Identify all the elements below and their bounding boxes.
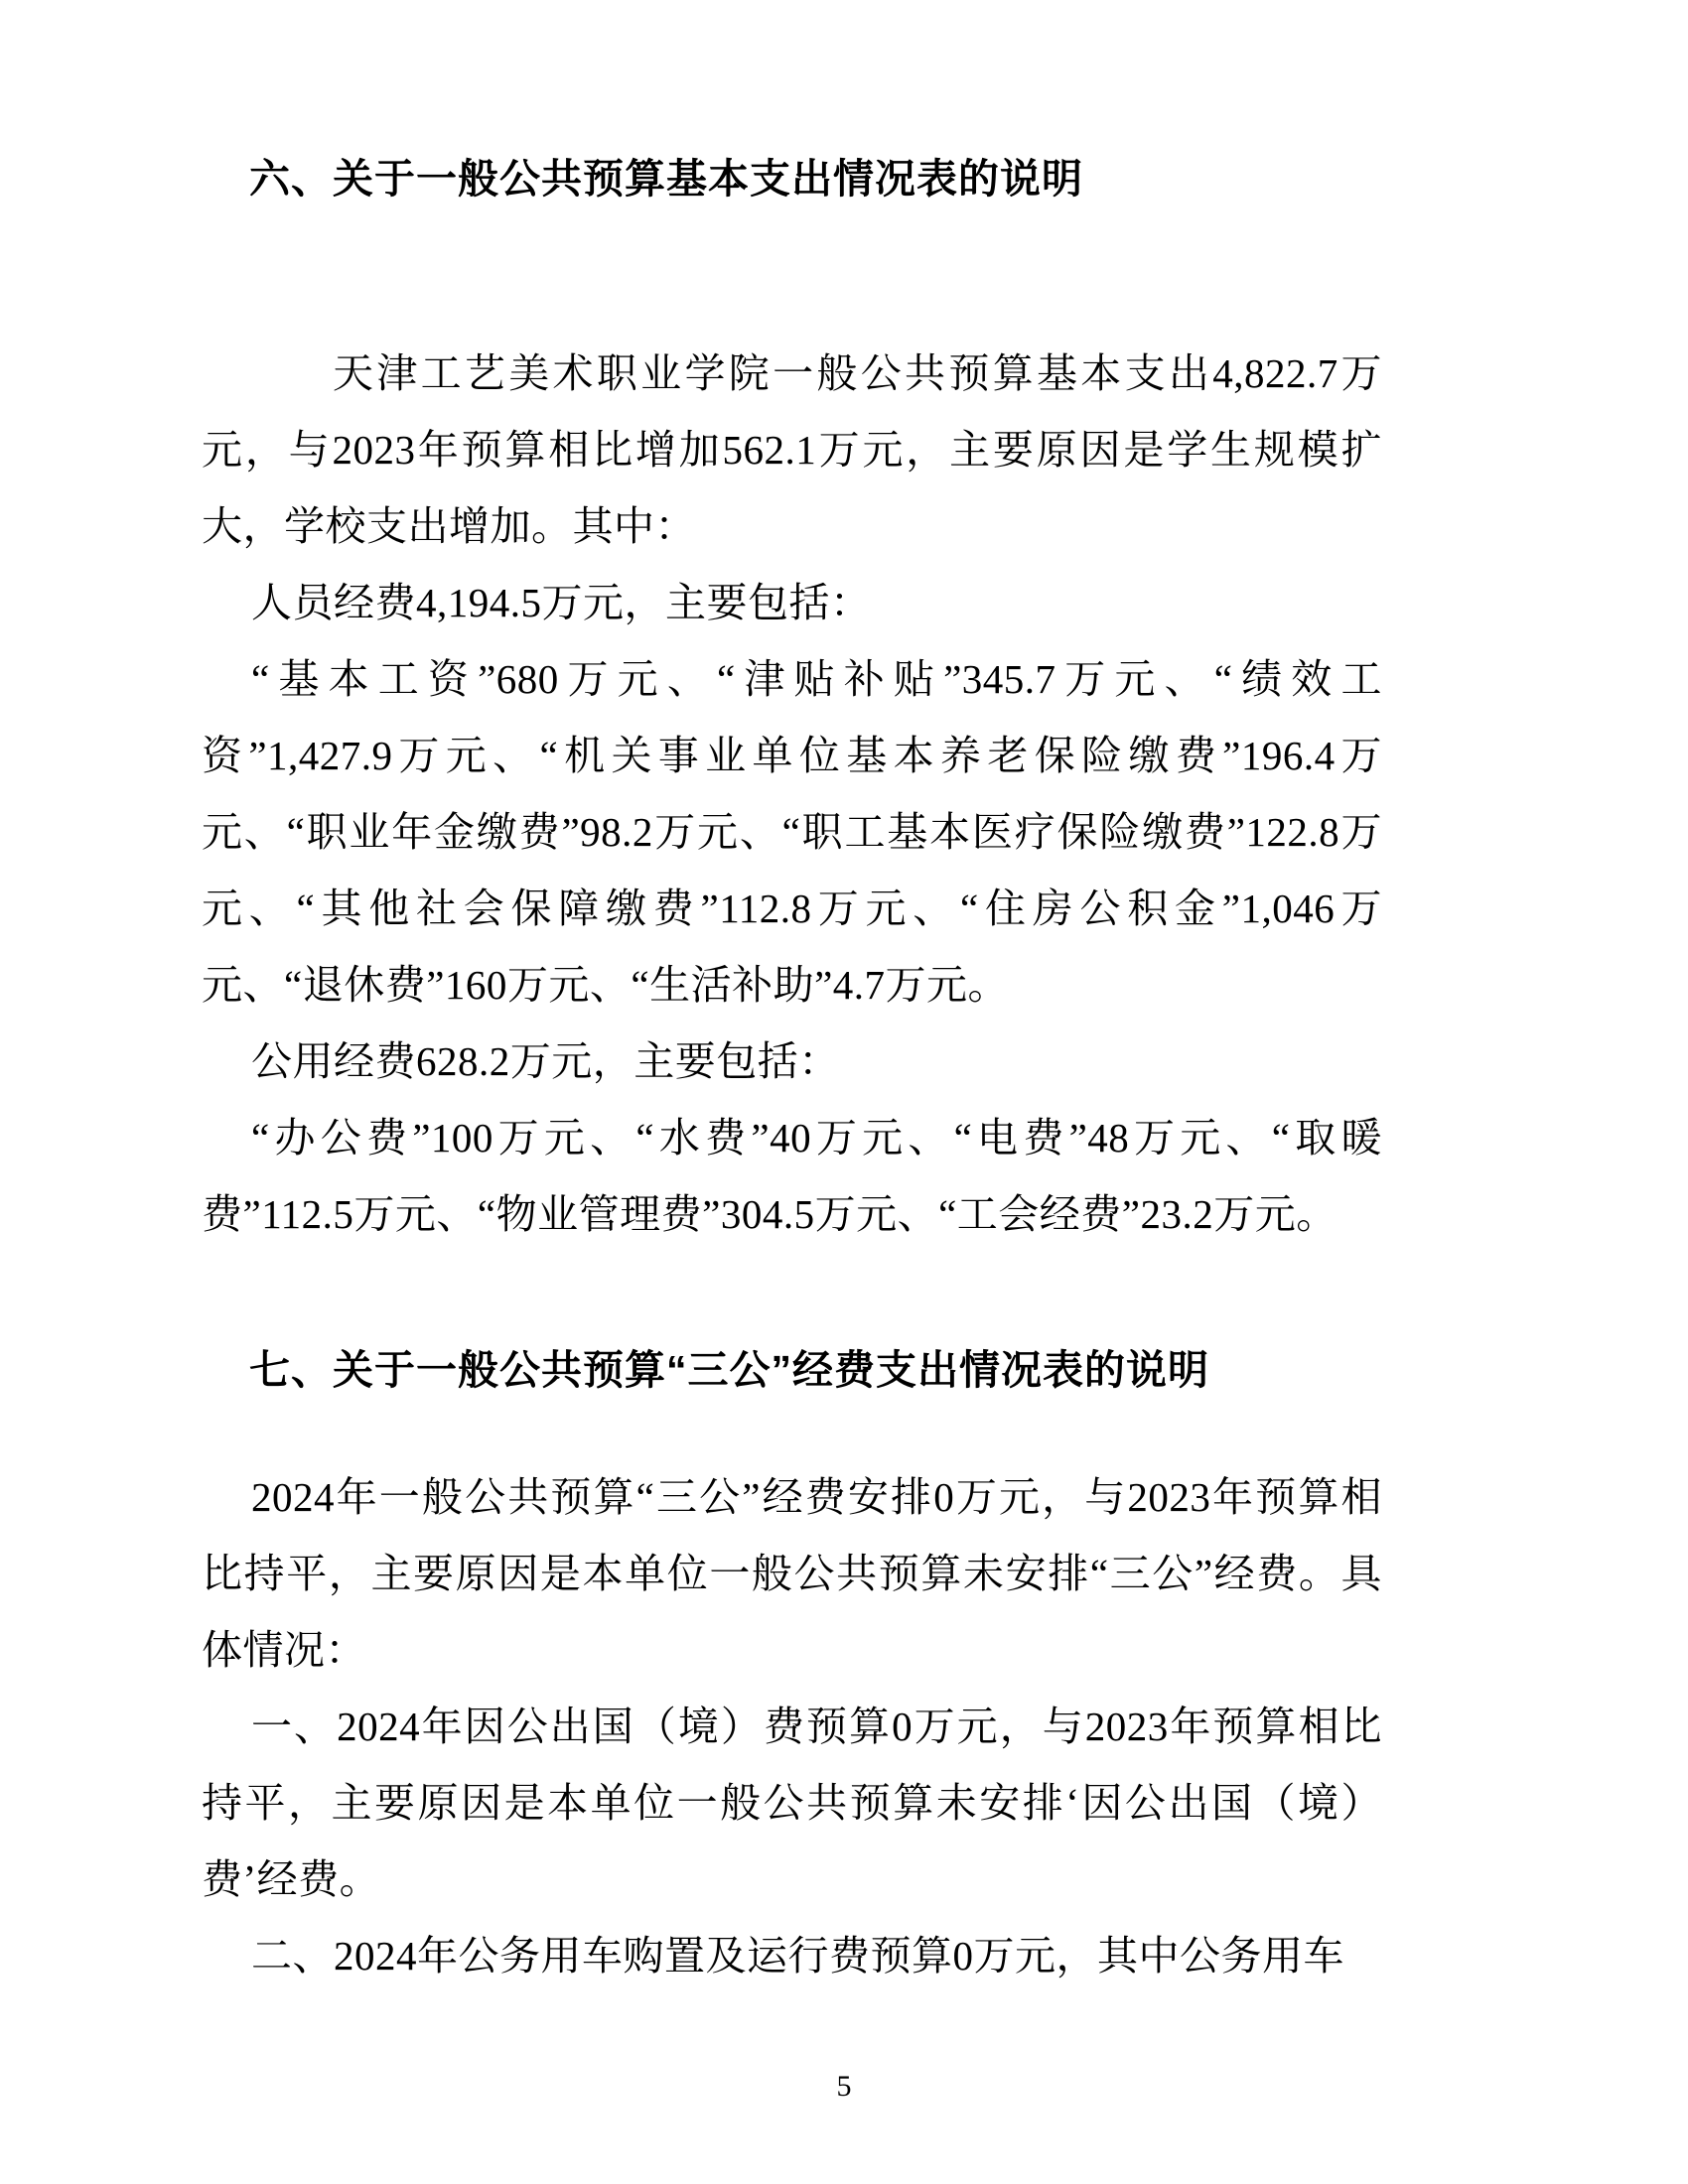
paragraph-public-funds: 公用经费628.2万元，主要包括： <box>202 1024 1382 1100</box>
paragraph-three-public-summary: 2024年一般公共预算“三公”经费安排0万元，与2023年预算相比持平，主要原因… <box>202 1459 1382 1689</box>
paragraph-public-funds-detail: “办公费”100万元、“水费”40万元、“电费”48万元、“取暖费”112.5万… <box>202 1100 1382 1253</box>
paragraph-basic-expenditure-summary: 天津工艺美术职业学院一般公共预算基本支出4,822.7万元，与2023年预算相比… <box>202 336 1382 565</box>
paragraph-overseas-travel: 一、2024年因公出国（境）费预算0万元，与2023年预算相比持平，主要原因是本… <box>202 1689 1382 1918</box>
page-number: 5 <box>0 2067 1688 2107</box>
section-heading-seven: 七、关于一般公共预算“三公”经费支出情况表的说明 <box>202 1342 1382 1398</box>
document-page: 六、关于一般公共预算基本支出情况表的说明 天津工艺美术职业学院一般公共预算基本支… <box>0 0 1688 2184</box>
paragraph-official-vehicles: 二、2024年公务用车购置及运行费预算0万元，其中公务用车 <box>202 1918 1382 1994</box>
section-heading-six: 六、关于一般公共预算基本支出情况表的说明 <box>202 151 1382 206</box>
paragraph-personnel-funds: 人员经费4,194.5万元，主要包括： <box>202 565 1382 641</box>
paragraph-personnel-funds-detail: “基本工资”680万元、“津贴补贴”345.7万元、“绩效工资”1,427.9万… <box>202 641 1382 1024</box>
